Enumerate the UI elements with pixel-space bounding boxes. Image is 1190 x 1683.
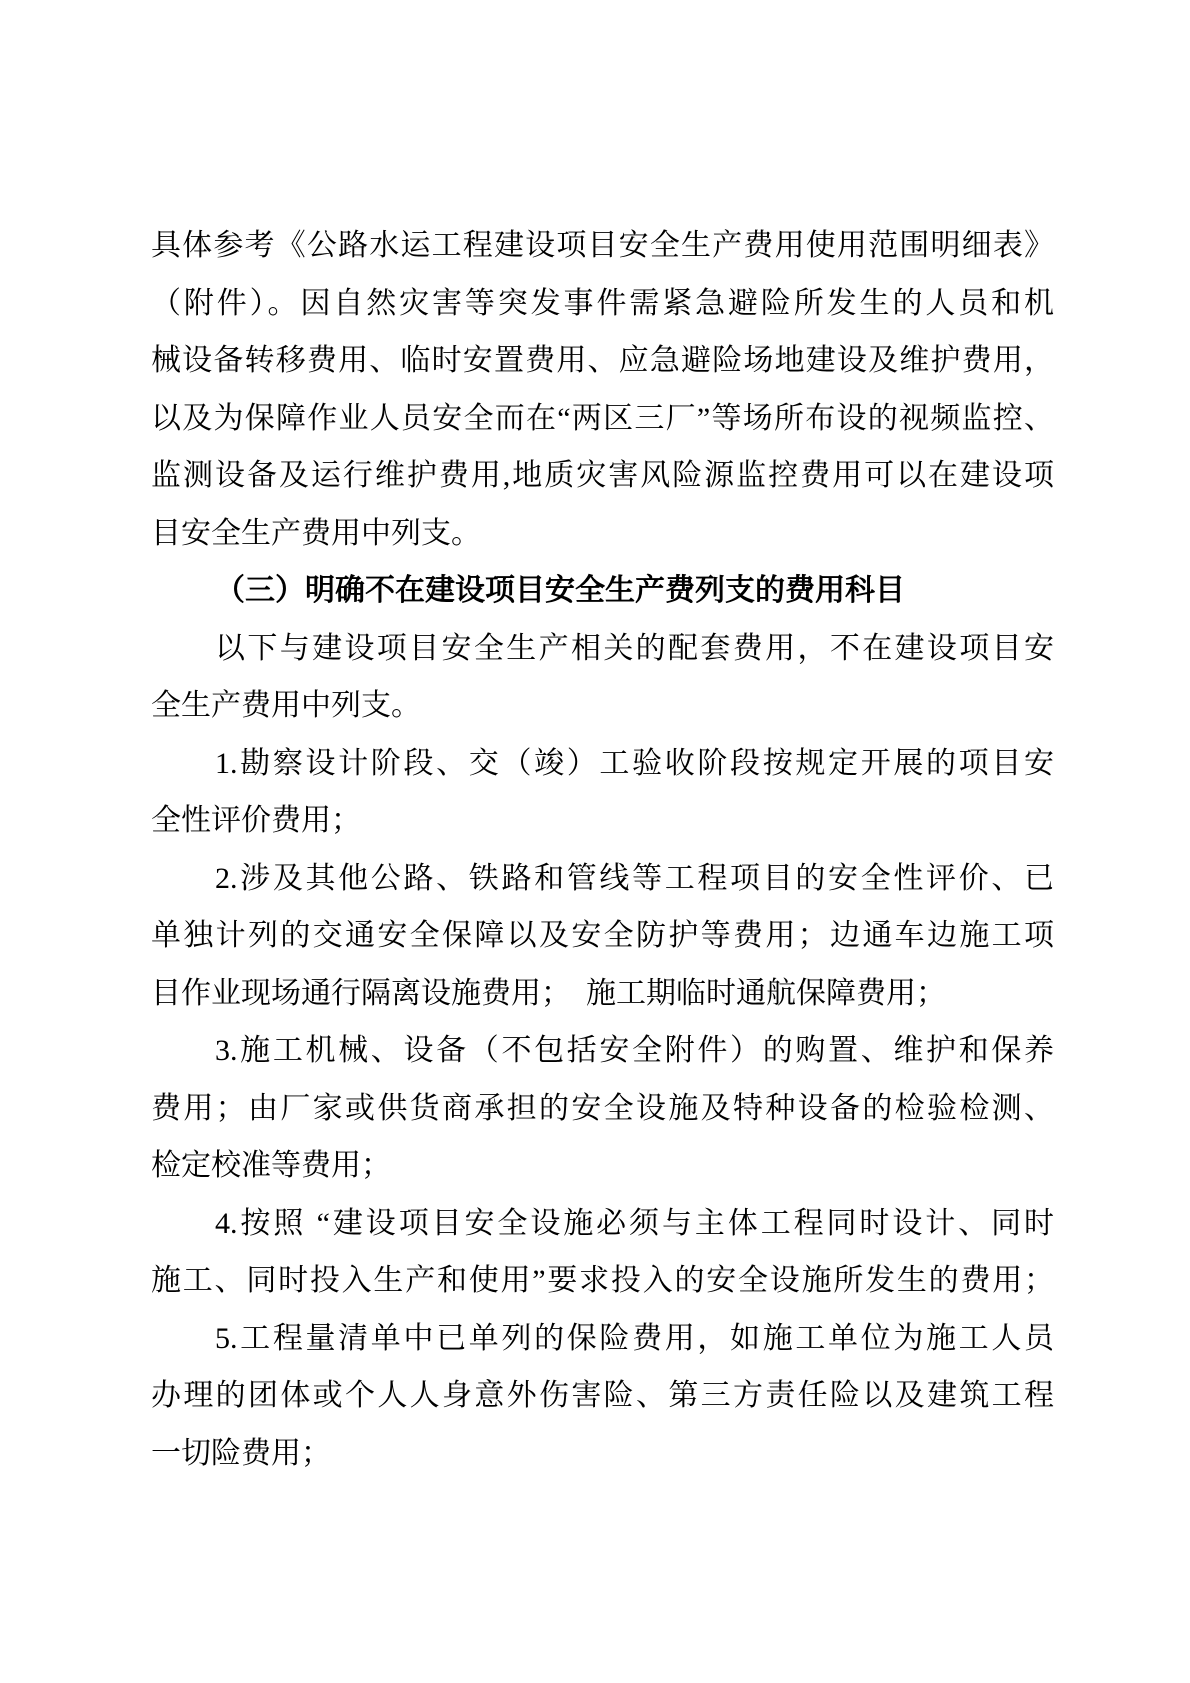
document-line: 检定校准等费用； (151, 1137, 1054, 1195)
document-line: 目作业现场通行隔离设施费用； 施工期临时通航保障费用； (151, 965, 1054, 1023)
document-line: 费用；由厂家或供货商承担的安全设施及特种设备的检验检测、 (151, 1080, 1054, 1138)
document-line: 办理的团体或个人人身意外伤害险、第三方责任险以及建筑工程 (151, 1367, 1054, 1425)
document-line: 全生产费用中列支。 (151, 677, 1054, 735)
document-line: 目安全生产费用中列支。 (151, 505, 1054, 563)
document-line: 具体参考《公路水运工程建设项目安全生产费用使用范围明细表》 (151, 217, 1054, 275)
document-line: 一切险费用； (151, 1425, 1054, 1483)
document-line: 1.勘察设计阶段、交（竣）工验收阶段按规定开展的项目安 (151, 735, 1054, 793)
document-line: 施工、同时投入生产和使用”要求投入的安全设施所发生的费用； (151, 1252, 1054, 1310)
document-body: 具体参考《公路水运工程建设项目安全生产费用使用范围明细表》（附件）。因自然灾害等… (151, 217, 1054, 1482)
document-line: （附件）。因自然灾害等突发事件需紧急避险所发生的人员和机 (151, 275, 1054, 333)
document-line: 监测设备及运行维护费用,地质灾害风险源监控费用可以在建设项 (151, 447, 1054, 505)
document-line: 5.工程量清单中已单列的保险费用，如施工单位为施工人员 (151, 1310, 1054, 1368)
document-line: 全性评价费用； (151, 792, 1054, 850)
document-line: 4.按照 “建设项目安全设施必须与主体工程同时设计、同时 (151, 1195, 1054, 1253)
document-page: 具体参考《公路水运工程建设项目安全生产费用使用范围明细表》（附件）。因自然灾害等… (0, 0, 1190, 1683)
document-line: 以下与建设项目安全生产相关的配套费用，不在建设项目安 (151, 620, 1054, 678)
document-line: 以及为保障作业人员安全而在“两区三厂”等场所布设的视频监控、 (151, 390, 1054, 448)
document-line: 械设备转移费用、临时安置费用、应急避险场地建设及维护费用， (151, 332, 1054, 390)
document-line: 3.施工机械、设备（不包括安全附件）的购置、维护和保养 (151, 1022, 1054, 1080)
document-line: 单独计列的交通安全保障以及安全防护等费用；边通车边施工项 (151, 907, 1054, 965)
document-line: 2.涉及其他公路、铁路和管线等工程项目的安全性评价、已 (151, 850, 1054, 908)
section-heading: （三）明确不在建设项目安全生产费列支的费用科目 (151, 562, 1054, 620)
